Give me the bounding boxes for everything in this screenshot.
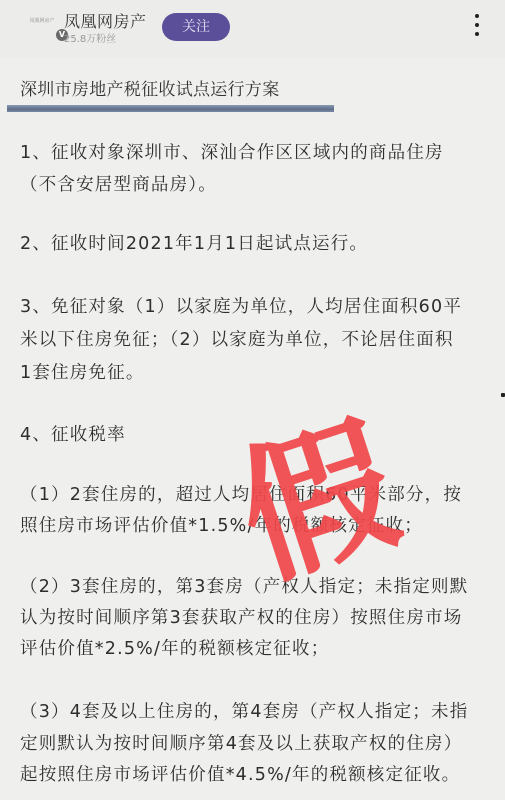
article-line: （不含安居型商品房）。 xyxy=(20,171,217,196)
article-line: （1）2套住房的，超过人均居住面积60平米部分，按 xyxy=(20,481,462,506)
scroll-indicator-dot xyxy=(501,393,505,397)
article-line: （2）3套住房的，第3套房（产权人指定；未指定则默 xyxy=(20,573,468,598)
author-name[interactable]: 凤凰网房产 xyxy=(64,9,147,32)
article-line: 定则默认为按时间顺序第4套及以上获取产权的住房） xyxy=(20,730,462,755)
article-line: 起按照住房市场评估价值*4.5%/年的税额核定征收。 xyxy=(20,761,460,786)
follow-button[interactable]: 关注 xyxy=(162,13,230,41)
article-line: 米以下住房免征；（2）以家庭为单位，不论居住面积 xyxy=(20,326,454,351)
avatar-caption: 凤凰网房产 xyxy=(20,17,64,24)
article-line: 3、免征对象（1）以家庭为单位，人均居住面积60平 xyxy=(20,293,462,318)
article-line: 评估价值*2.5%/年的税额核定征收； xyxy=(20,635,329,660)
follower-count: 25.8万粉丝 xyxy=(64,30,116,45)
author-header: 凤凰网房产 V 凤凰网房产 25.8万粉丝 关注 xyxy=(0,0,505,58)
article-line: 1、征收对象深圳市、深汕合作区区域内的商品住房 xyxy=(20,139,444,164)
document-title: 深圳市房地产税征收试点运行方案 xyxy=(20,75,280,100)
article-line: 照住房市场评估价值*1.5%/年的税额核定征收； xyxy=(20,512,423,537)
article-line: 1套住房免征。 xyxy=(20,359,145,384)
more-vertical-icon[interactable] xyxy=(474,14,480,42)
title-underline-bar xyxy=(7,105,334,112)
article-line: 认为按时间顺序第3套获取产权的住房）按照住房市场 xyxy=(20,604,462,629)
article-line: 2、征收时间2021年1月1日起试点运行。 xyxy=(20,230,368,255)
avatar[interactable]: 凤凰网房产 V xyxy=(20,15,64,49)
article-line: 4、征收税率 xyxy=(20,421,126,446)
article-line: （3）4套及以上住房的，第4套房（产权人指定；未指 xyxy=(20,698,468,723)
